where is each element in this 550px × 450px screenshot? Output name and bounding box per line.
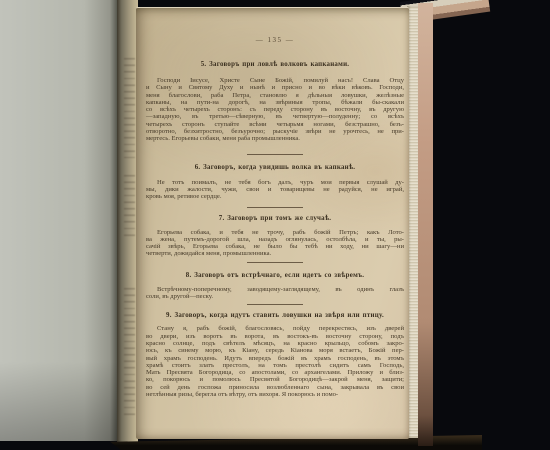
- page-gutter: [117, 0, 138, 443]
- facing-page-surface: [0, 0, 117, 441]
- charm-line: мы, дики жалости, чужи, свои и товарищев…: [146, 186, 404, 193]
- charm-line: юсь, къ синему морю, къ Кіану, середь Кі…: [146, 347, 404, 354]
- page-text-block: — 135 — 5. Заговоръ при ловлѣ волковъ ка…: [146, 8, 404, 398]
- section-heading-8: 8. Заговоръ отъ встрѣчнаго, если идетъ с…: [146, 272, 404, 280]
- charm-line: Егорьева собака, и тебя не трочу, рабъ б…: [146, 229, 404, 236]
- charm-line: Встрѣчному-поперечному, заводящему-загля…: [146, 286, 404, 293]
- section-divider: [247, 207, 303, 208]
- charm-line: мертесь. Егорьевы собаки, меня раба пром…: [146, 135, 404, 142]
- charm-line: ко, покорюсь и помолюсь Пресвятой Богоро…: [146, 376, 404, 383]
- gutter-text-marks: [124, 175, 135, 237]
- charm-line: Не тотъ поималъ, не тебя богъ далъ, чуръ…: [146, 179, 404, 186]
- charm-line: —западную, въ третью—сѣверную, въ четвер…: [146, 113, 404, 120]
- charm-line: сачій звѣрь, Егорьева собака, не было бы…: [146, 243, 404, 250]
- section-divider: [247, 262, 303, 263]
- section-divider: [247, 154, 303, 155]
- section-heading-6: 6. Заговоръ, когда увидишь волка въ капк…: [146, 164, 404, 172]
- charm-line: храмѣ стоитъ златъ престолъ, на томъ пре…: [146, 362, 404, 369]
- charm-line: нетлѣнныя ризы, берегла отъ вѣтру, отъ в…: [146, 391, 404, 398]
- charm-line: ва жена, путемъ-дорогой шла, назадъ огля…: [146, 236, 404, 243]
- charm-paragraph-6: Не тотъ поималъ, не тебя богъ далъ, чуръ…: [146, 179, 404, 201]
- charm-line: меня благослови, раба Петра, становлю я …: [146, 92, 404, 99]
- charm-paragraph-7: Егорьева собака, и тебя не трочу, рабъ б…: [146, 229, 404, 258]
- charm-line: четверти, дожидайся меня, промышленника.: [146, 250, 404, 257]
- charm-line: Стану я, рабъ божій, благословясь, пойду…: [146, 325, 404, 332]
- book-page: — 135 — 5. Заговоръ при ловлѣ волковъ ка…: [136, 7, 409, 439]
- charm-line: красно солнце, подъ свѣтелъ мѣсяцъ, на к…: [146, 340, 404, 347]
- charm-line: и Сыну и Святому Духу и нынѣ и присно и …: [146, 84, 404, 91]
- charm-paragraph-9: Стану я, рабъ божій, благословясь, пойду…: [146, 325, 404, 398]
- charm-line: Мать Пресвята Богородица, со апостолами,…: [146, 369, 404, 376]
- section-divider: [247, 304, 303, 305]
- section-heading-5: 5. Заговоръ при ловлѣ волковъ капканами.: [146, 61, 404, 69]
- charm-line: соли, въ другой—песку.: [146, 293, 404, 300]
- cover-edge-strip: [418, 3, 433, 446]
- charm-line: Господи Іисусе, Христе Сыне Божій, помил…: [146, 77, 404, 84]
- charm-line: вый храмъ господень. Идутъ впередъ божій…: [146, 355, 404, 362]
- charm-line: кровь моя, ретивое сердце.: [146, 193, 404, 200]
- charm-paragraph-5: Господи Іисусе, Христе Сыне Божій, помил…: [146, 77, 404, 143]
- charm-line: во сей день госпожа приносила возлюбленн…: [146, 384, 404, 391]
- charm-line: отворотно, безхитростно, безъурочно; рыс…: [146, 128, 404, 135]
- charm-line: капканы, на пути-на дорогѣ, на звѣриныя …: [146, 99, 404, 106]
- gutter-text-marks: [124, 288, 135, 418]
- page-number: — 135 —: [146, 36, 404, 44]
- charm-paragraph-8: Встрѣчному-поперечному, заводящему-загля…: [146, 286, 404, 301]
- gutter-text-marks: [124, 58, 135, 158]
- section-heading-9: 9. Заговоръ, когда идутъ ставить ловушки…: [146, 312, 404, 320]
- charm-line: во двери, изъ воротъ въ ворота, въ восто…: [146, 333, 404, 340]
- book-photo: — 135 — 5. Заговоръ при ловлѣ волковъ ка…: [0, 0, 550, 450]
- charm-line: четырехъ сторонъ ступайте всѣми четырьмя…: [146, 121, 404, 128]
- section-heading-7: 7. Заговоръ при томъ же случаѣ.: [146, 215, 404, 223]
- charm-line: со всѣхъ четырехъ сторонъ: съ переду сто…: [146, 106, 404, 113]
